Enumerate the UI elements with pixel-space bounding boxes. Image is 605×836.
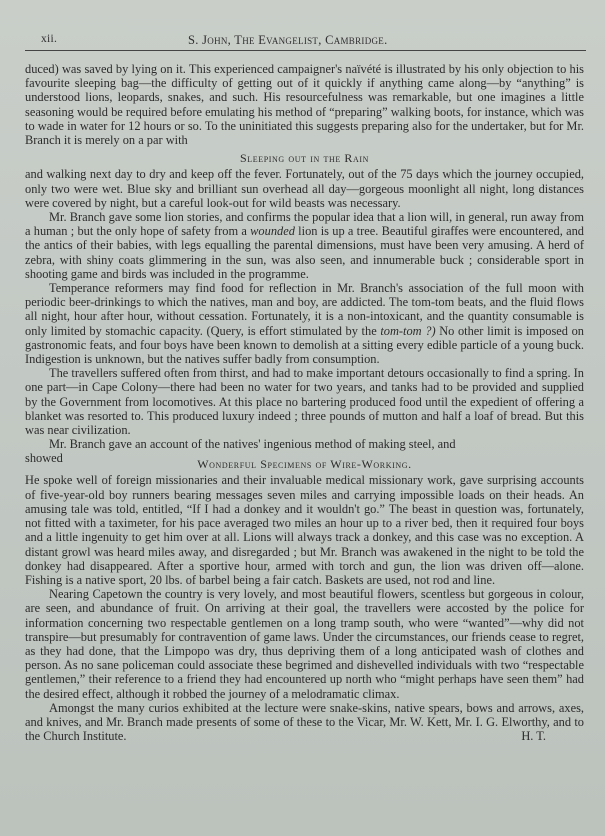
paragraph: and walking next day to dry and keep off… [25,167,584,210]
paragraph: Temperance reformers may find food for r… [25,281,584,366]
header-rule [25,50,586,51]
article-body: duced) was saved by lying on it. This ex… [20,62,586,743]
author-initials: H. T. [497,729,546,743]
document-page: xii. S. John, The Evangelist, Cambridge.… [20,30,586,743]
heading-row: showed Wonderful Specimens of Wire-Worki… [25,451,584,473]
emphasis: tom-tom ?) [380,324,435,338]
section-heading-wire-working: Wonderful Specimens of Wire-Working. [25,457,584,471]
page-number: xii. [41,33,57,45]
paragraph: duced) was saved by lying on it. This ex… [25,62,584,147]
running-title: S. John, The Evangelist, Cambridge. [188,33,388,48]
paragraph: Mr. Branch gave some lion stories, and c… [25,210,584,281]
paragraph: He spoke well of foreign missionaries an… [25,473,584,587]
paragraph: Amongst the many curios exhibited at the… [25,701,584,744]
paragraph: Nearing Capetown the country is very lov… [25,587,584,701]
section-heading-sleeping-out: Sleeping out in the Rain [25,151,584,165]
paragraph: Mr. Branch gave an account of the native… [25,437,584,451]
emphasis: wounded [250,224,295,238]
paragraph: The travellers suffered often from thirs… [25,366,584,437]
running-head: xii. S. John, The Evangelist, Cambridge. [20,30,586,52]
